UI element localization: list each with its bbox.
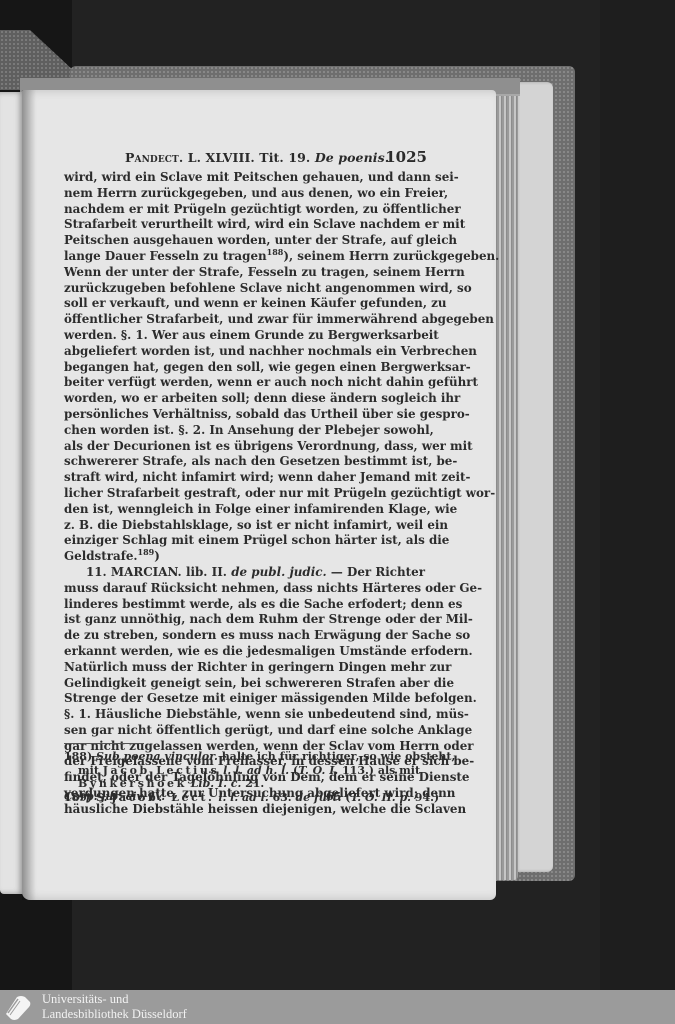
text-line-italic: de publ. judic. xyxy=(231,565,326,579)
footnote-marker: 188 xyxy=(267,247,284,257)
text-line-content: nachdem er mit Prügeln gezüchtigt worden… xyxy=(64,202,461,216)
text-line-content: werden. §. 1. Wer aus einem Grunde zu Be… xyxy=(64,328,439,342)
text-line-content: z. B. die Diebstahlsklage, so ist er nic… xyxy=(64,518,448,532)
text-line: lange Dauer Fesseln zu tragen188), seine… xyxy=(64,249,425,265)
text-line: öffentlicher Strafarbeit, und zwar für i… xyxy=(64,312,425,328)
background-right xyxy=(600,0,675,990)
text-line: worden, wo er arbeiten soll; denn diese … xyxy=(64,391,425,407)
left-page-sliver xyxy=(0,92,24,894)
running-title-book: L. XLVIII. Tit. 19. xyxy=(188,150,311,165)
text-line: wird, wird ein Sclave mit Peitschen geha… xyxy=(64,170,425,186)
text-line-content: ist ganz unnöthig, nach dem Ruhm der Str… xyxy=(64,612,473,626)
text-line-content: soll er verkauft, und wenn er keinen Käu… xyxy=(64,296,447,310)
text-line: sen gar nicht öffentlich gerügt, und dar… xyxy=(64,723,425,739)
text-line-content: abgeliefert worden ist, und nachher noch… xyxy=(64,344,477,358)
text-line: muss darauf Rücksicht nehmen, dass nicht… xyxy=(64,581,425,597)
text-line-content: einziger Schlag mit einem Prügel schon h… xyxy=(64,533,449,547)
text-line-content: wird, wird ein Sclave mit Peitschen geha… xyxy=(64,170,459,184)
footnote-marker: 189 xyxy=(138,547,155,557)
text-line-content: als der Decurionen ist es übrigens Veror… xyxy=(64,439,473,453)
text-line: persönliches Verhältniss, sobald das Urt… xyxy=(64,407,425,423)
text-line-content: öffentlicher Strafarbeit, und zwar für i… xyxy=(64,312,494,326)
text-line-content: linderes bestimmt werde, als es die Sach… xyxy=(64,597,462,611)
text-line-content: schwererer Strafe, als nach den Gesetzen… xyxy=(64,454,457,468)
text-line: de zu streben, sondern es muss nach Erwä… xyxy=(64,628,425,644)
running-title: Pandect. L. XLVIII. Tit. 19. De poenis. xyxy=(125,150,389,165)
text-line: einziger Schlag mit einem Prügel schon h… xyxy=(64,533,425,549)
footnote-text: 113.) als mit xyxy=(338,764,420,777)
text-line-content: den ist, wenngleich in Folge einer infam… xyxy=(64,502,457,516)
text-line-content: Strafarbeit verurtheilt wird, wird ein S… xyxy=(64,217,465,231)
text-line: nem Herrn zurückgegeben, und aus denen, … xyxy=(64,186,425,202)
library-name-line-2: Landesbibliothek Düsseldorf xyxy=(42,1007,187,1022)
text-line-content: Strenge der Gesetze mit einiger mässigen… xyxy=(64,691,477,705)
footnote-text: 21. xyxy=(241,777,264,790)
text-line-content: erkannt werden, wie es die jedesmaligen … xyxy=(64,644,473,658)
text-line: §. 1. Häusliche Diebstähle, wenn sie unb… xyxy=(64,707,425,723)
footnote-author: Jacob Lectius xyxy=(103,764,220,777)
text-line: den ist, wenngleich in Folge einer infam… xyxy=(64,502,425,518)
library-book-logo-icon xyxy=(3,994,33,1022)
text-line-content: Natürlich muss der Richter in geringern … xyxy=(64,660,451,674)
text-line-content: beiter verfügt werden, wenn er auch noch… xyxy=(64,375,478,389)
footnote-reference: T. O. I. xyxy=(298,764,338,777)
running-title-prefix: Pandect. xyxy=(125,150,183,165)
text-line-continuation: — Der Richter xyxy=(327,565,425,579)
text-line: als der Decurionen ist es übrigens Veror… xyxy=(64,439,425,455)
text-line: nachdem er mit Prügeln gezüchtigt worden… xyxy=(64,202,425,218)
text-line: licher Strafarbeit gestraft, oder nur mi… xyxy=(64,486,425,502)
footnote-italic: Lib. I. c. xyxy=(187,777,241,790)
text-line: Strenge der Gesetze mit einiger mässigen… xyxy=(64,691,425,707)
text-line-content: persönliches Verhältniss, sobald das Urt… xyxy=(64,407,470,421)
footnote-italic: Sub poena vinculor. xyxy=(96,750,218,763)
text-line: Strafarbeit verurtheilt wird, wird ein S… xyxy=(64,217,425,233)
text-line-content: begangen hat, gegen den soll, wie gegen … xyxy=(64,360,471,374)
text-line: Wenn der unter der Strafe, Fesseln zu tr… xyxy=(64,265,425,281)
text-line-content: sen gar nicht öffentlich gerügt, und dar… xyxy=(64,723,472,737)
text-line-content: lange Dauer Fesseln zu tragen xyxy=(64,249,267,263)
text-line-content: straft wird, nicht infamirt wird; wenn d… xyxy=(64,470,470,484)
library-name-line-1: Universitäts- und xyxy=(42,992,187,1007)
text-line: begangen hat, gegen den soll, wie gegen … xyxy=(64,360,425,376)
text-line-content: nem Herrn zurückgegeben, und aus denen, … xyxy=(64,186,448,200)
text-line-continuation: ), seinem Herrn zurückgegeben. xyxy=(283,249,499,263)
footnote-188-line-2: mit Jacob Lectius l. l. ad h. l. (T. O. … xyxy=(64,764,422,778)
text-line: Natürlich muss der Richter in geringern … xyxy=(64,660,425,676)
text-line-content: Wenn der unter der Strafe, Fesseln zu tr… xyxy=(64,265,465,279)
text-line: abgeliefert worden ist, und nachher noch… xyxy=(64,344,425,360)
running-header: Pandect. L. XLVIII. Tit. 19. De poenis. … xyxy=(125,148,427,168)
signature-title: Corp. jur. civ. IV. xyxy=(64,790,165,803)
text-line-content: muss darauf Rücksicht nehmen, dass nicht… xyxy=(64,581,482,595)
text-line: z. B. die Diebstahlsklage, so ist er nic… xyxy=(64,518,425,534)
text-line: Peitschen ausgehauen worden, unter der S… xyxy=(64,233,425,249)
text-line: Geldstrafe.189) xyxy=(64,549,425,565)
running-title-topic: De poenis. xyxy=(315,150,389,165)
footnote-text: halte ich für richtiger, so wie obsteht, xyxy=(218,750,455,763)
text-line: soll er verkauft, und wenn er keinen Käu… xyxy=(64,296,425,312)
text-line-content: zurückzugeben befohlene Sclave nicht ang… xyxy=(64,281,472,295)
text-line: chen worden ist. §. 2. In Ansehung der P… xyxy=(64,423,425,439)
signature-mark: 65 xyxy=(326,790,341,803)
text-line: beiter verfügt werden, wenn er auch noch… xyxy=(64,375,425,391)
text-line-content: de zu streben, sondern es muss nach Erwä… xyxy=(64,628,470,642)
text-line: linderes bestimmt werde, als es die Sach… xyxy=(64,597,425,613)
text-line-content: chen worden ist. §. 2. In Ansehung der P… xyxy=(64,423,434,437)
footnote-author: Bynkershoek xyxy=(78,777,187,790)
text-line: 11. MARCIAN. lib. II. de publ. judic. — … xyxy=(64,565,425,581)
text-line-content: licher Strafarbeit gestraft, oder nur mi… xyxy=(64,486,495,500)
text-line: zurückzugeben befohlene Sclave nicht ang… xyxy=(64,281,425,297)
gutter-shadow xyxy=(22,90,36,900)
text-line-content: Peitschen ausgehauen worden, unter der S… xyxy=(64,233,457,247)
text-line-content: Gelindigkeit geneigt sein, bei schwerere… xyxy=(64,676,454,690)
book-endpaper xyxy=(515,82,553,872)
footnote-188-line-1: 188) Sub poena vinculor. halte ich für r… xyxy=(64,750,422,764)
text-line: häusliche Diebstähle heissen diejenigen,… xyxy=(64,802,425,818)
text-line: straft wird, nicht infamirt wird; wenn d… xyxy=(64,470,425,486)
text-line: ist ganz unnöthig, nach dem Ruhm der Str… xyxy=(64,612,425,628)
printer-signature: Corp. jur. civ. IV. 65 xyxy=(64,790,422,803)
text-line-continuation: ) xyxy=(154,549,160,563)
text-line-content: §. 1. Häusliche Diebstähle, wenn sie unb… xyxy=(64,707,469,721)
text-line-content: worden, wo er arbeiten soll; denn diese … xyxy=(64,391,460,405)
footnote-rule xyxy=(64,743,144,744)
footnote-italic: l. l. ad h. l. xyxy=(219,764,289,777)
footnote-text: ( xyxy=(289,764,298,777)
text-line: erkannt werden, wie es die jedesmaligen … xyxy=(64,644,425,660)
library-name: Universitäts- und Landesbibliothek Düsse… xyxy=(42,992,187,1022)
footnote-188-line-3: Bynkershoek Lib. I. c. 21. xyxy=(64,777,422,791)
footnote-number: 188) xyxy=(64,750,92,763)
main-text-block: wird, wird ein Sclave mit Peitschen geha… xyxy=(64,170,425,818)
text-line: Gelindigkeit geneigt sein, bei schwerere… xyxy=(64,676,425,692)
footnote-text: mit xyxy=(78,764,103,777)
text-line-content: 11. MARCIAN. lib. II. xyxy=(86,565,231,579)
text-line-content: Geldstrafe. xyxy=(64,549,138,563)
text-line: werden. §. 1. Wer aus einem Grunde zu Be… xyxy=(64,328,425,344)
page-number: 1025 xyxy=(385,148,427,166)
text-line: schwererer Strafe, als nach den Gesetzen… xyxy=(64,454,425,470)
